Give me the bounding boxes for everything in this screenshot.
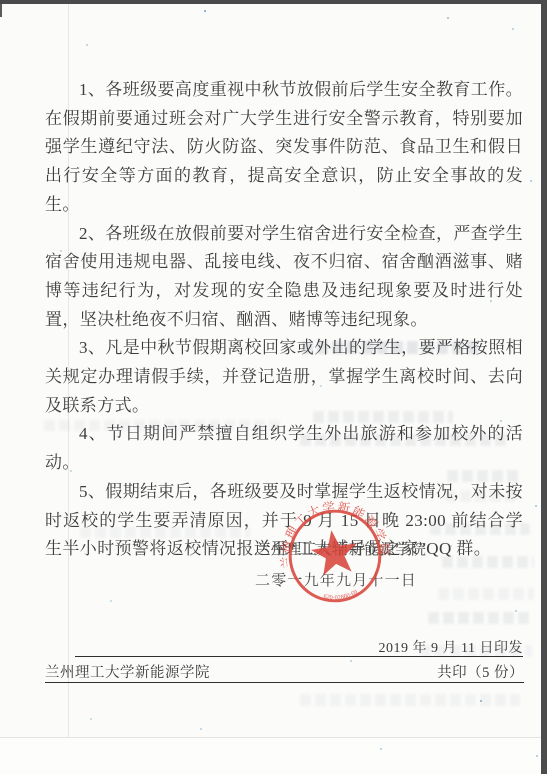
notice-paragraph-3: 3、凡是中秋节假期离校回家或外出的学生，要严格按照相关规定办理请假手续，并登记造… — [45, 334, 523, 420]
footer-print-date-row: 2019 年 9 月 11 日印发 — [75, 641, 523, 657]
sheet-below — [0, 738, 541, 774]
official-seal: 兰州理工大学新能源学院 620·02860·69 — [272, 493, 398, 619]
bleedthrough-line — [438, 588, 534, 600]
scan-edge-right — [541, 0, 547, 774]
notice-paragraph-1: 1、各班级要高度重视中秋节放假前后学生安全教育工作。在假期前要通过班会对广大学生… — [45, 76, 523, 220]
scan-edge-left-tick — [0, 4, 2, 17]
bleedthrough-line — [428, 612, 532, 624]
bleedthrough-line — [300, 694, 520, 706]
footer-copies: 共印（5 份） — [437, 665, 524, 682]
scan-speckles — [0, 0, 2, 2]
notice-paragraph-4: 4、节日期间严禁擅自组织学生外出旅游和参加校外的活动。 — [45, 420, 523, 477]
scanned-notice-page: 1、各班级要高度重视中秋节放假前后学生安全教育工作。在假期前要通过班会对广大学生… — [0, 0, 547, 774]
notice-body: 1、各班级要高度重视中秋节放假前后学生安全教育工作。在假期前要通过班会对广大学生… — [45, 76, 523, 564]
seal-star-icon — [309, 527, 361, 577]
footer-issuer-row: 兰州理工大学新能源学院 共印（5 份） — [45, 665, 524, 683]
notice-paragraph-2: 2、各班级在放假前要对学生宿舍进行安全检查，严查学生宿舍使用违规电器、乱接电线、… — [45, 220, 523, 335]
footer-issuer: 兰州理工大学新能源学院 — [45, 665, 210, 682]
scan-edge-top — [0, 0, 547, 4]
print-date: 2019 年 9 月 11 日印发 — [379, 641, 523, 656]
